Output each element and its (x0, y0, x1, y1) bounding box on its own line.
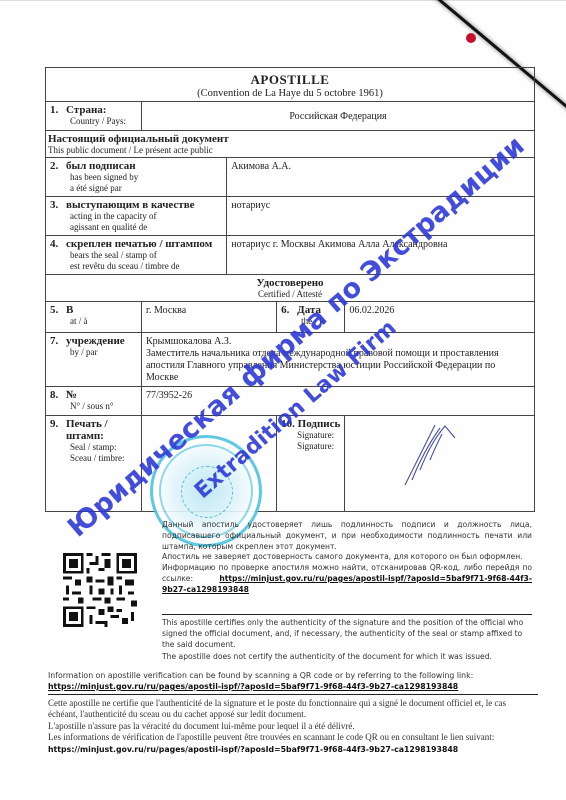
country-value: Российская Федерация (142, 102, 535, 131)
place-label: 5.В at / à (46, 302, 142, 333)
divider (48, 694, 538, 695)
apostille-page: APOSTILLE (Convention de La Haye du 5 oc… (0, 0, 566, 800)
verification-link-ru[interactable]: https://minjust.gov.ru/ru/pages/apostil-… (162, 574, 532, 594)
divider (162, 614, 532, 615)
document-title: APOSTILLE (48, 72, 532, 88)
notes-english: This apostille certifies only the authen… (162, 617, 532, 662)
signed-by-label: 2.был подписан has been signed by a été … (46, 158, 227, 197)
document-subtitle: (Convention de La Haye du 5 octobre 1961… (48, 88, 532, 99)
notes-french: Cette apostille ne certifie que l'authen… (48, 698, 538, 755)
qr-code-icon[interactable] (63, 553, 137, 627)
country-label-cell: 1.Страна: Country / Pays: (46, 102, 142, 131)
verification-link-fr[interactable]: https://minjust.gov.ru/ru/pages/apostil-… (48, 745, 458, 754)
notes-russian: Данный апостиль удостоверяет лишь подлин… (162, 520, 532, 596)
certified-row: Удостоверено Certified / Attesté (46, 275, 535, 302)
apostille-table: APOSTILLE (Convention de La Haye du 5 oc… (45, 67, 535, 512)
capacity-label: 3.выступающим в качестве acting in the c… (46, 197, 227, 236)
authority-label: 7.учреждение by / par (46, 333, 142, 387)
handwritten-signature-icon (400, 420, 460, 490)
seal-label: 4.скреплен печатью / штампом bears the s… (46, 236, 227, 275)
verification-english: Information on apostille verification ca… (48, 670, 538, 692)
scan-edge (0, 0, 566, 1)
verification-link-en[interactable]: https://minjust.gov.ru/ru/pages/apostil-… (48, 681, 538, 692)
red-pin-icon (466, 33, 476, 43)
number-label: 8.№ N° / sous n° (46, 387, 142, 416)
public-document-row: Настоящий официальный документ This publ… (46, 131, 535, 158)
place-value: г. Москва (142, 302, 277, 333)
apostille-header: APOSTILLE (Convention de La Haye du 5 oc… (46, 68, 535, 102)
capacity-value: нотариус (227, 197, 535, 236)
